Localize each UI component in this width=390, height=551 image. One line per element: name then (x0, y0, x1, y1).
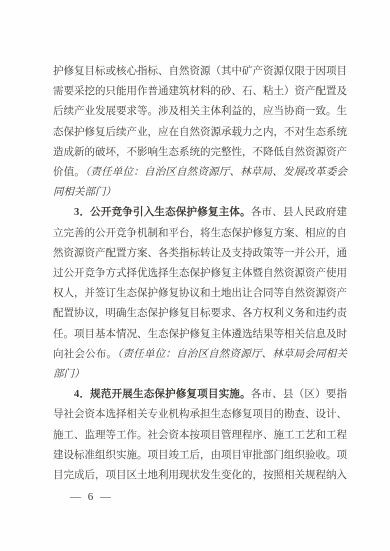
document-page: 护修复目标或核心指标、自然资源（其中矿产资源仅限于因项目需要采挖的只能用作普通建… (0, 0, 390, 551)
para-item-4: 4．规范开展生态保护修复项目实施。各市、县（区）要指导社会资本选择相关专业机构承… (53, 385, 347, 486)
text-segment-bold: 3．公开竞争引入生态保护修复主体。 (74, 207, 251, 218)
document-body-text: 护修复目标或核心指标、自然资源（其中矿产资源仅限于因项目需要采挖的只能用作普通建… (53, 62, 347, 486)
text-segment-normal: 各市、县（区）要指导社会资本选择相关专业机构承担生态修复项目的勘查、设计、施工、… (53, 389, 347, 481)
page-number-footer: — 6 — (70, 490, 113, 504)
text-segment-normal: 各市、县人民政府建立完善的公开竞争机制和平台，将生态保护修复方案、相应的自然资源… (53, 207, 347, 359)
text-segment-normal: 护修复目标或核心指标、自然资源（其中矿产资源仅限于因项目需要采挖的只能用作普通建… (53, 66, 347, 178)
para-continuation: 护修复目标或核心指标、自然资源（其中矿产资源仅限于因项目需要采挖的只能用作普通建… (53, 62, 347, 203)
text-segment-kai: （责任单位：自治区自然资源厅、林草局、发展改革委会同相关部门） (53, 167, 347, 198)
text-segment-bold: 4．规范开展生态保护修复项目实施。 (74, 389, 251, 400)
para-item-3: 3．公开竞争引入生态保护修复主体。各市、县人民政府建立完善的公开竞争机制和平台，… (53, 203, 347, 385)
